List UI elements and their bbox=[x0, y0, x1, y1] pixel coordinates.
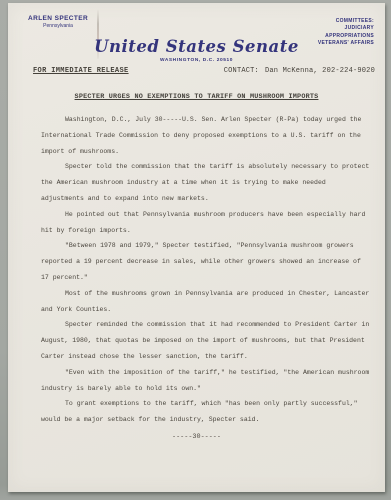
paragraph: Most of the mushrooms grown in Pennsylva… bbox=[41, 286, 372, 318]
release-row: FOR IMMEDIATE RELEASE CONTACT:Dan McKenn… bbox=[33, 67, 375, 79]
committees-heading: COMMITTEES: bbox=[318, 18, 374, 25]
scan-background: ARLEN SPECTER Pennsylvania COMMITTEES: J… bbox=[0, 0, 391, 500]
paragraph: "Even with the imposition of the tariff,… bbox=[41, 365, 372, 397]
contact-label: CONTACT: bbox=[224, 67, 259, 75]
paragraph: Specter reminded the commission that it … bbox=[41, 317, 372, 364]
paragraph: Washington, D.C., July 30-----U.S. Sen. … bbox=[41, 112, 372, 159]
sender-name: ARLEN SPECTER bbox=[28, 15, 88, 23]
sender-block: ARLEN SPECTER Pennsylvania bbox=[28, 15, 88, 29]
committee-item: JUDICIARY bbox=[318, 25, 374, 32]
body-text: Washington, D.C., July 30-----U.S. Sen. … bbox=[41, 112, 372, 428]
paragraph: "Between 1978 and 1979," Specter testifi… bbox=[41, 238, 372, 285]
end-of-release-mark: -----30----- bbox=[8, 433, 385, 441]
letterhead-title: United States Senate bbox=[8, 37, 385, 56]
contact-line: CONTACT:Dan McKenna, 202-224-9020 bbox=[224, 67, 375, 75]
paragraph: Specter told the commission that the tar… bbox=[41, 159, 372, 206]
release-statement: FOR IMMEDIATE RELEASE bbox=[33, 67, 129, 75]
paragraph: To grant exemptions to the tariff, which… bbox=[41, 396, 372, 428]
headline: SPECTER URGES NO EXEMPTIONS TO TARIFF ON… bbox=[8, 93, 385, 101]
paragraph: He pointed out that Pennsylvania mushroo… bbox=[41, 207, 372, 239]
press-release-page: ARLEN SPECTER Pennsylvania COMMITTEES: J… bbox=[8, 3, 385, 492]
letterhead-address: WASHINGTON, D.C. 20510 bbox=[8, 58, 385, 63]
sender-state: Pennsylvania bbox=[28, 23, 88, 29]
contact-value: Dan McKenna, 202-224-9020 bbox=[265, 67, 375, 75]
